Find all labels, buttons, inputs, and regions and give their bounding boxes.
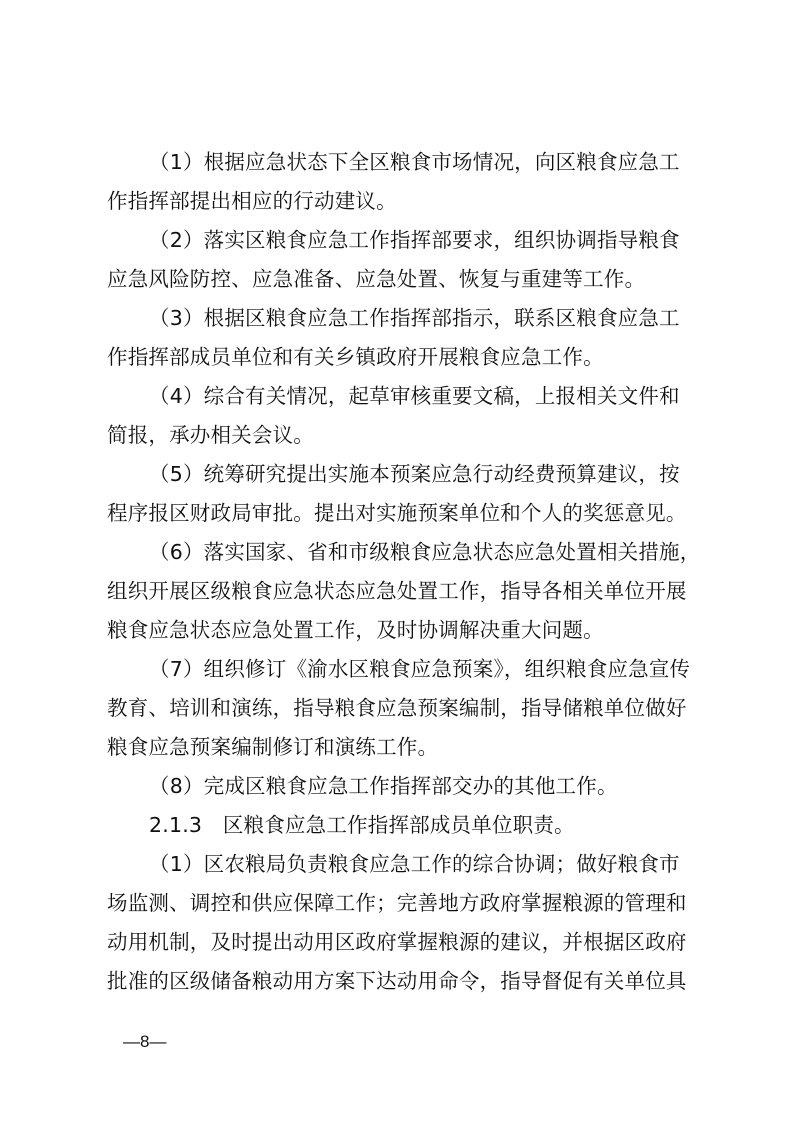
paragraph-line: 组织开展区级粮食应急状态应急处置工作，指导各相关单位开展	[107, 575, 695, 614]
paragraph-line: 批准的区级储备粮动用方案下达动用命令，指导督促有关单位具	[107, 965, 695, 1004]
paragraph-line: （2）落实区粮食应急工作指挥部要求，组织协调指导粮食	[107, 224, 695, 263]
paragraph-line: （4）综合有关情况，起草审核重要文稿，上报相关文件和	[107, 380, 695, 419]
paragraph-line: 动用机制，及时提出动用区政府掌握粮源的建议，并根据区政府	[107, 926, 695, 965]
paragraph-line: 作指挥部成员单位和有关乡镇政府开展粮食应急工作。	[107, 341, 695, 380]
paragraph-line: 简报，承办相关会议。	[107, 419, 695, 458]
paragraph-line: 作指挥部提出相应的行动建议。	[107, 185, 695, 224]
paragraph-line: （1）根据应急状态下全区粮食市场情况，向区粮食应急工	[107, 146, 695, 185]
paragraph-line: （6）落实国家、省和市级粮食应急状态应急处置相关措施，	[107, 536, 695, 575]
paragraph-line: 场监测、调控和供应保障工作；完善地方政府掌握粮源的管理和	[107, 887, 695, 926]
paragraph-line: 程序报区财政局审批。提出对实施预案单位和个人的奖惩意见。	[107, 497, 695, 536]
paragraph-line: 应急风险防控、应急准备、应急处置、恢复与重建等工作。	[107, 263, 695, 302]
paragraph-line: （8）完成区粮食应急工作指挥部交办的其他工作。	[107, 770, 695, 809]
page-number: —8—	[123, 1030, 166, 1054]
paragraph-line: （3）根据区粮食应急工作指挥部指示，联系区粮食应急工	[107, 302, 695, 341]
paragraph-line: 粮食应急预案编制修订和演练工作。	[107, 731, 695, 770]
document-body: （1）根据应急状态下全区粮食市场情况，向区粮食应急工 作指挥部提出相应的行动建议…	[107, 146, 695, 1004]
paragraph-line: 粮食应急状态应急处置工作，及时协调解决重大问题。	[107, 614, 695, 653]
paragraph-line: （7）组织修订《渝水区粮食应急预案》，组织粮食应急宣传	[107, 653, 695, 692]
section-heading: 2.1.3 区粮食应急工作指挥部成员单位职责。	[107, 809, 695, 848]
paragraph-line: （1）区农粮局负责粮食应急工作的综合协调；做好粮食市	[107, 848, 695, 887]
paragraph-line: 教育、培训和演练，指导粮食应急预案编制，指导储粮单位做好	[107, 692, 695, 731]
paragraph-line: （5）统筹研究提出实施本预案应急行动经费预算建议，按	[107, 458, 695, 497]
